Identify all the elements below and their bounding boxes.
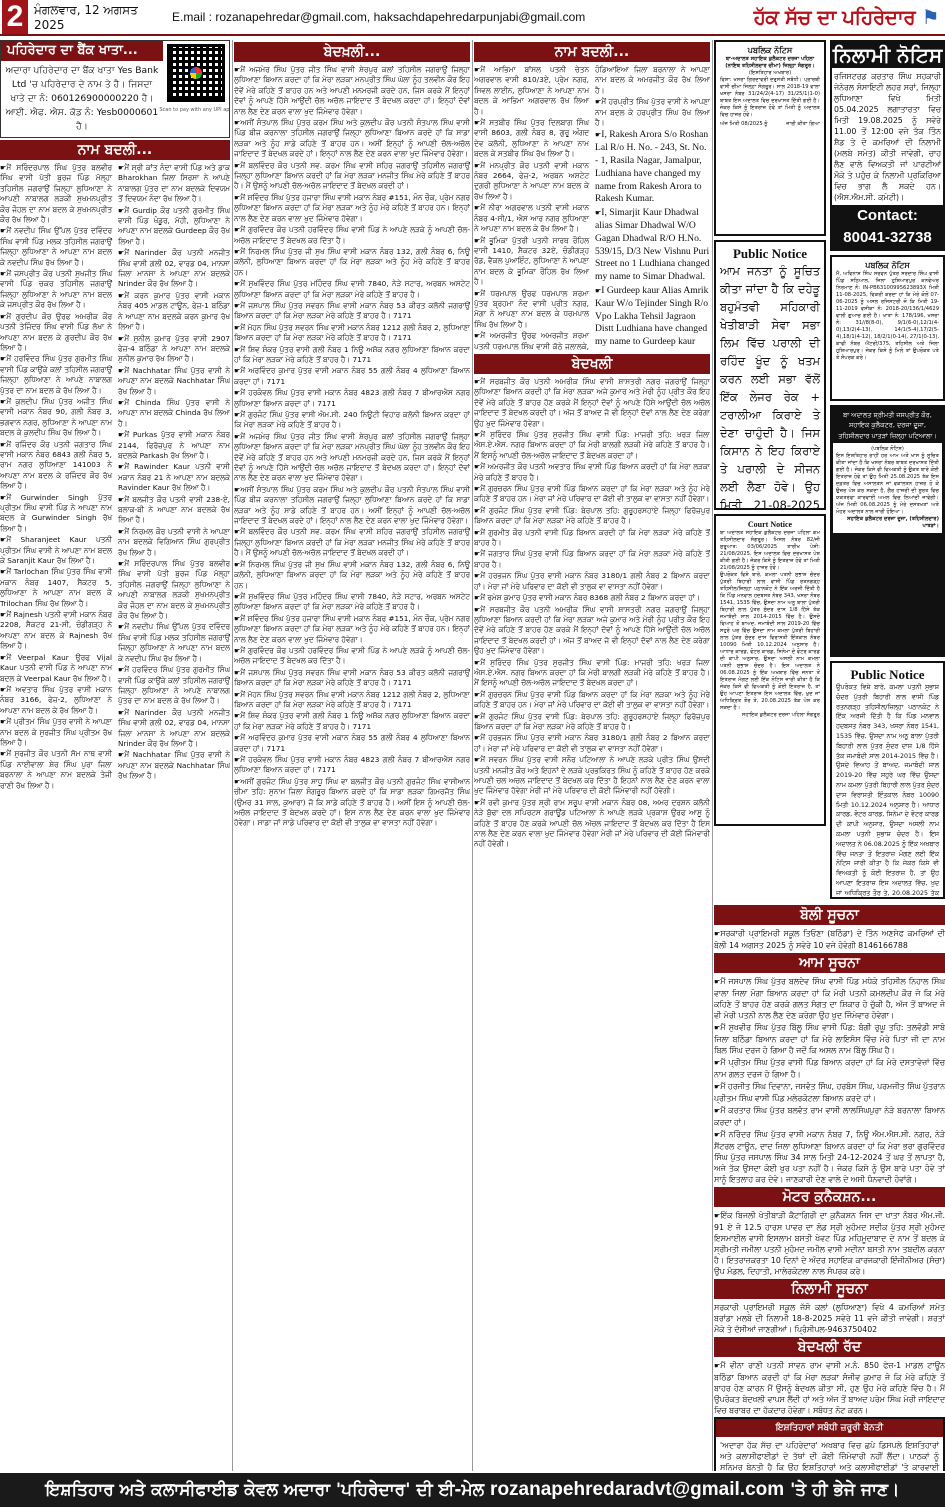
public-notice-box-2: ਪਬਲਿਕ ਨੋਟਿਸ ਮੈਂ, ਅਵਿਨਾਸ਼ ਸਿੰਘ ਸਰਵਨ ਪੁੱਤਰ… <box>830 255 945 401</box>
list-item: ਮੈਂ Narinder ਕੌਰ ਪਤਨੀ ਮਨਜੀਤ ਸਿੰਘ ਵਾਸੀ ਗਲ… <box>118 248 230 290</box>
notice-body: ਉਪਰੋਕਤ ਵਿਸ਼ੇ ਬਾਰੇ, ਕਮਲਾ ਪਤਨੀ ਸੁਭਾਸ਼ ਚੰਦਰ… <box>836 683 939 899</box>
list-item: ਮੈਂ ਹਰਭਜਨ ਸਿੰਘ ਪੁੱਤਰ ਵਾਸੀ ਮਕਾਨ ਨੰਬਰ 3180… <box>474 571 710 592</box>
notice-body-cont: ਉਪਰੋਕਤ ਵਿਸ਼ੇ ਬਾਰੇ, ਕਮਲਾ ਪਤਨੀ ਸੁਭਾਸ਼ ਚੰਦਰ… <box>720 572 820 712</box>
section-header-auction-info: ਬੋਲੀ ਸੂਚਨਾ <box>714 905 945 925</box>
notice-title: Court Notice <box>720 520 820 530</box>
list-item: ਮੈਂ ਜਸਪਾਲ ਸਿੰਘ ਪੁੱਤਰ ਸਵਰਨ ਸਿੰਘ ਵਾਸੀ ਮਕਾਨ… <box>234 668 470 689</box>
list-item: ਮੈਂ ਨਵਦੀਪ ਸਿੰਘ ਉੱਪਲ ਪੁੱਤਰ ਦਵਿੰਦਰ ਸਿੰਘ ਵਾ… <box>118 622 230 664</box>
list-item: ਮੈਂ ਹਰਜੀਤ ਸਿੰਘ ਦਿਵਾਨਾ, ਜਸਵੰਤ ਸਿੰਘ, ਹਰਬੰਸ… <box>714 1081 945 1104</box>
list-item: ਮੈਂ ਜਗਤਾਰ ਸਿੰਘ ਪੁੱਤਰ ਵਾਸੀ ਪਿੰਡ ਬਿਆਨ ਕਰਦਾ… <box>474 549 710 570</box>
list-item: ਮੈਂ ਅਰਵਿੰਦਰ ਕੁਮਾਰ ਪੁੱਤਰ ਵਾਸੀ ਮਕਾਨ ਨੰਬਰ 5… <box>234 733 470 754</box>
list-item: ਮੈਂ ਹਰਭਜਨ ਸਿੰਘ ਪੁੱਤਰ ਵਾਸੀ ਮਕਾਨ ਨੰਬਰ 3180… <box>474 733 710 754</box>
section-header-auction-notice: ਨਿਲਾਮੀ ਸੂਚਨਾ <box>714 1279 945 1299</box>
newspaper-logo: ਹੱਕ ਸੱਚ ਦਾ ਪਹਿਰੇਦਾਰ ⚑ <box>754 5 939 29</box>
list-item: ਮੈਂ Gurdip ਕੌਰ ਪਤਨੀ ਗੁਰਮੀਤ ਸਿੰਘ ਵਾਸੀ ਪਿੰ… <box>118 206 230 248</box>
public-notice-box: Public Notice ਆਮ ਜਨਤਾ ਨੂੰ ਸੂਚਿਤ ਕੀਤਾ ਜਾਂ… <box>714 240 826 510</box>
auction-notice-box: ਨਿਲਾਮੀ ਨੋਟਿਸ ਰਜਿਸਟਰਡ ਕਰਤਾਰ ਸਿੰਘ ਸਹਕਾਰੀ ਜ… <box>830 40 945 251</box>
qr-caption: Scan to pay with any UPI app <box>159 105 230 115</box>
public-notice-box-3: Public Notice ਉਪਰੋਕਤ ਵਿਸ਼ੇ ਬਾਰੇ, ਕਮਲਾ ਪਤ… <box>830 661 945 899</box>
section-header-motor-connection: ਮੋਟਰ ਕੁਨੈਕਸ਼ਨ... <box>714 1187 945 1207</box>
list-item: ਮੈਂ ਨਵਦੀਪ ਸਿੰਘ ਉੱਪਲ ਪੁੱਤਰ ਦਵਿੰਦਰ ਸਿੰਘ ਵਾ… <box>0 226 112 268</box>
section-header-eviction-cancelled: ਬੇਦਖਲੀ ਰੱਦ <box>714 1337 945 1357</box>
notice-footer-right: ਜਾਰੀ ਕੀਤਾ ਗਿਆ <box>786 121 820 128</box>
list-item: ਮੈਂ ਹਰਵਿੰਦਰ ਸਿੰਘ ਪੁੱਤਰ ਗੁਰਮੀਤ ਸਿੰਘ ਵਾਸੀ … <box>118 665 230 707</box>
list-item: ਮੈਂ Nachhatar ਸਿੰਘ ਪੁੱਤਰ ਵਾਸੀ ਨੇ ਆਪਣਾ ਨਾ… <box>118 750 230 781</box>
auction-contact-phone[interactable]: Contact: 80041-32738 <box>832 205 943 249</box>
list-item: ਮੈਂ ਗੁਰਚਰਨ ਸਿੰਘ ਪੁੱਤਰ ਵਾਸੀ ਪਿੰਡ ਬਿਆਨ ਕਰਦ… <box>474 690 710 711</box>
list-item: ਮੈਂ ਹਰਪ੍ਰੀਤ ਸਿੰਘ ਪੁੱਤਰ ਵਾਸੀ ਨੇ ਆਪਣਾ ਨਾਮ … <box>595 97 710 128</box>
section-header-eviction-2: ਬੇਦਖਲੀ <box>474 354 710 374</box>
court-name: ਬਾ-ਅਦਾਲਤ ਸਹਾਇਕ ਕੁਲੈਕਟਰ ਦਰਜਾ ਪਹਿਲਾ (ਨਾਇਬ … <box>720 56 820 70</box>
section-header-eviction: ਬੇਦਖ਼ਲੀ... <box>234 42 470 62</box>
list-item: ਮੈਂ ਮਨਪ੍ਰੀਤ ਕੌਰ ਪਤਨੀ ਵਾਸੀ ਮਕਾਨ ਨੰਬਰ 2664… <box>474 161 589 203</box>
list-item: ਮੈਂ ਨਿਰਮਲ ਕੌਰ ਪਤਨੀ ਵਾਸੀ ਨੇ ਆਪਣਾ ਨਾਮ ਬਦਲਕ… <box>118 527 230 558</box>
footer-banner: ਇਸ਼ਤਿਹਾਰ ਅਤੇ ਕਲਾਸੀਫਾਈਡ ਕੇਵਲ ਅਦਾਰਾ 'ਪਹਿਰੇ… <box>0 1473 945 1507</box>
flag-icon: ⚑ <box>922 5 939 29</box>
list-item: ਮੈਂ ਸੁਰਜੀਤ ਕੌਰ ਪਤਨੀ ਸੋਮ ਨਾਥ ਵਾਸੀ ਪਿੰਡ ਨਾ… <box>0 749 112 791</box>
upi-qr-code-icon[interactable] <box>167 44 225 102</box>
list-item: ਮੈਂ ਬਲਵਿੰਦਰ ਕੌਰ ਪਤਨੀ ਸਵ. ਕਰਮ ਸਿੰਘ ਵਾਸੀ ਸ… <box>234 161 470 192</box>
notice-title: Public Notice <box>720 246 820 262</box>
notice-body: ਬਾ ਅਦਾਲਤ ਸਹਾਇਕ ਕੁਲੈਕਟਰ ਦਰਜਾ ਪਹਿਲਾ ਕਮ ਤਹਿ… <box>720 530 820 572</box>
list-item: ਮੈਂ ਸ਼੍ਰੀ ਕਾਂਤ ਨੰਦਾ ਵਾਸੀ ਪਿੰਡ ਅਤੇ ਡਾਕ Bh… <box>118 163 230 205</box>
list-item: ਮੈਂ ਗੁਰਵਿੰਦਰ ਕੌਰ ਪਤਨੀ ਹਰਵਿੰਦਰ ਸਿੰਘ ਵਾਸੀ … <box>234 646 470 667</box>
eviction-list-2: ਮੈਂ ਸਰਬਜੀਤ ਕੌਰ ਪਤਨੀ ਅਮਰੀਕ ਸਿੰਘ ਵਾਸੀ ਸ਼ਾਸ… <box>474 377 710 850</box>
list-item: ਮੈਂ Gurwinder Singh ਪੁੱਤਰ ਪ੍ਰੀਤਮ ਸਿੰਘ ਵਾ… <box>0 493 112 535</box>
section-header-general-notice: ਆਮ ਸੂਚਨਾ <box>714 953 945 973</box>
court-notice-box: ਪਬਲਿਕ ਨੋਟਿਸ ਬਾ-ਅਦਾਲਤ ਸਹਾਇਕ ਕੁਲੈਕਟਰ ਦਰਜਾ … <box>714 40 826 236</box>
notice-title: ਪਬਲਿਕ ਨੋਟਿਸ <box>836 261 939 271</box>
list-item: ਮੈਂ Tarlochan ਸਿੰਘ ਪੁੱਤਰ ਸਿੰਘ ਵਾਸੀ ਮਕਾਨ … <box>0 567 112 609</box>
list-item: ਮੈਂ ਸੁਰਿੰਦਰ ਸਿੰਘ ਪੁੱਤਰ ਸੁਰਜੀਤ ਸਿੰਘ ਵਾਸੀ … <box>474 430 710 461</box>
column-divider <box>232 40 233 1471</box>
brand-name: ਹੱਕ ਸੱਚ ਦਾ ਪਹਿਰੇਦਾਰ <box>754 5 915 29</box>
notice-body: ਵਿਸ਼ਾ: ਖਸਰਾ ਗਿਰਦਾਵਰੀ ਦਰੁਸਤੀ ਸਬੰਧੀ। ਪ੍ਰਾਰ… <box>720 77 820 119</box>
notice-body: ਆਮ ਜਨਤਾ ਨੂੰ ਸੂਚਿਤ ਕੀਤਾ ਜਾਂਦਾ ਹੈ ਕਿ ਦਹੇੜੂ… <box>720 262 820 510</box>
contact-emails: E.mail : rozanapehredar@gmail.com, haksa… <box>172 10 754 24</box>
issue-date: ਮੰਗਲਵਾਰ, 12 ਅਗਸਤ 2025 <box>34 3 154 32</box>
column-divider <box>472 40 473 1471</box>
list-item: ਮੈਂ ਰਵੀ ਕੁਮਾਰ ਪੁੱਤਰ ਸ਼੍ਰੀ ਰਾਮ ਸਰੂਪ ਵਾਸੀ … <box>474 798 710 850</box>
notice-title: Public Notice <box>836 667 939 683</box>
notice-signature: ਸਹਾਇਕ ਕੁਲੈਕਟਰ ਦਰਜਾ ਦੂਜਾ, (ਤਹਿਸੀਲਦਾਰ) ਪਾਤ… <box>836 516 939 530</box>
section-header-name-change-2: ਨਾਮ ਬਦਲੀ... <box>474 42 710 62</box>
list-item: ਮੈਂ ਰਜਿੰਦਰ ਕੌਰ ਪਤਨੀ ਜਗਤਾਰ ਸਿੰਘ ਵਾਸੀ ਮਕਾਨ… <box>0 440 112 492</box>
list-item: ਮੈਂ Chinda ਸਿੰਘ ਪੁੱਤਰ ਵਾਸੀ ਨੇ ਆਪਣਾ ਨਾਮ ਬ… <box>118 398 230 429</box>
bank-details: ਅਦਾਰਾ ਪਹਿਰੇਦਾਰ ਦਾ ਬੈਂਕ ਖਾਤਾ Yes Bank Ltd… <box>1 61 163 137</box>
list-item: ਮੈਂ ਗੁਰਮੀਤ ਕੌਰ ਪਤਨੀ ਵਾਸੀ ਪਿੰਡ ਬਿਆਨ ਕਰਦੀ … <box>474 528 710 549</box>
court-notice-dark-box: ਬਾ ਅਦਾਲਤ ਸ਼੍ਰੀਮਤੀ ਜਸਪ੍ਰੀਤ ਕੌਰ, ਸਹਾਇਕ ਕੁਲ… <box>830 405 945 657</box>
auction-title: ਨਿਲਾਮੀ ਨੋਟਿਸ <box>832 42 943 69</box>
list-item: ਮੈਂ ਗੁਰਵਿੰਦਰ ਕੌਰ ਪਤਨੀ ਹਰਵਿੰਦਰ ਸਿੰਘ ਵਾਸੀ … <box>234 225 470 246</box>
disclaimer-box: ਇਸ਼ਤਿਹਾਰਾਂ ਸਬੰਧੀ ਜ਼ਰੂਰੀ ਬੇਨਤੀ 'ਅਦਾਰਾ ਹੱਕ… <box>714 1417 945 1471</box>
list-item: ਮੈਂ ਧਰਮਪਾਲ ਉਰਫ ਧਰਮਪਾਲ ਸ਼ਰਮਾ ਪੁੱਤਰ ਬ੍ਰਹਮਾ… <box>474 289 589 331</box>
footer-email-link[interactable]: rozanapehredaradvt@gmail.com <box>490 1479 784 1500</box>
list-item: ਮੈਂ ਨਿਰਮਲ ਸਿੰਘ ਪੁੱਤਰ ਜੀ ਸੁਖ ਸਿੰਘ ਵਾਸੀ ਮਕ… <box>234 560 470 591</box>
list-item: ਮੈਂ ਨਿਰਮਲ ਸਿੰਘ ਪੁੱਤਰ ਜੀ ਸੁਖ ਸਿੰਘ ਵਾਸੀ ਮਕ… <box>234 247 470 278</box>
list-item: ਮੈਂ ਕੁਲਦੀਪ ਸਿੰਘ ਪੁੱਤਰ ਅਜੀਤ ਸਿੰਘ ਵਾਸੀ ਮਕਾ… <box>0 397 112 439</box>
list-item: ਮੈਂ ਜਸਪਾਲ ਸਿੰਘ ਪੁੱਤਰ ਸਵਰਨ ਸਿੰਘ ਵਾਸੀ ਮਕਾਨ… <box>234 301 470 322</box>
list-item: ਮੈਂ ਹਰਵਿੰਦਰ ਸਿੰਘ ਪੁੱਤਰ ਗੁਰਮੀਤ ਸਿੰਘ ਵਾਸੀ … <box>0 354 112 396</box>
list-item: ਮੈਂ ਗੁਰਚਰਨ ਸਿੰਘ ਪੁੱਤਰ ਵਾਸੀ ਪਿੰਡ ਬਿਆਨ ਕਰਦ… <box>474 484 710 505</box>
list-item-english: I, Simarjit Kaur Dhadwal alias Simar Dha… <box>595 207 710 284</box>
court-notice-box-2: Court Notice ਬਾ ਅਦਾਲਤ ਸਹਾਇਕ ਕੁਲੈਕਟਰ ਦਰਜਾ… <box>714 514 826 826</box>
list-item: ਇੱਕ ਬਿਜਲੀ ਖੇਤੀਬਾੜੀ ਕੈਟਾਗਿਰੀ ਦਾ ਕੁਨੈਕਸ਼ਨ … <box>714 1210 945 1277</box>
column-4: ਪਬਲਿਕ ਨੋਟਿਸ ਬਾ-ਅਦਾਲਤ ਸਹਾਇਕ ਕੁਲੈਕਟਰ ਦਰਜਾ … <box>714 40 945 1471</box>
list-item: ਮੈਂ ਅਮਰਜੀਤ ਕੌਰ ਪਤਨੀ ਅਵਤਾਰ ਸਿੰਘ ਵਾਸੀ ਪਿੰਡ… <box>474 462 710 483</box>
list-item: ਮੈਂ ਗੁਰਦੀਪ ਕੌਰ ਉਰਫ ਅਮਰੀਕ ਕੌਰ ਪਤਨੀ ਤੇਜਿੰਦ… <box>0 312 112 354</box>
general-notice-list: ਮੈਂ ਜਸਪਾਲ ਸਿੰਘ ਪੁੱਤਰ ਬਲਦੇਵ ਸਿੰਘ ਵਾਸੀ ਪਿੰ… <box>714 976 945 1185</box>
notice-signature: ਸਹਾਇਕ ਕੁਲੈਕਟਰ ਦਰਜਾ ਪਹਿਲਾ ਸੰਗਰੂਰ <box>720 712 820 719</box>
list-item: ਮੈਂ ਬਲਵਿੰਦਰ ਕੌਰ ਪਤਨੀ ਸਵ. ਕਰਮ ਸਿੰਘ ਵਾਸੀ ਸ… <box>234 527 470 558</box>
column-divider <box>712 40 713 1471</box>
list-item: ਮੈਂ Veerpal Kaur ਉਰਫ Vijal Kaur ਪਤਨੀ ਵਾਸ… <box>0 653 112 684</box>
list-item: ਮੈਂ Sharanjeet Kaur ਪਤਨੀ ਪ੍ਰੀਤਮ ਸਿੰਘ ਵਾਸ… <box>0 535 112 566</box>
list-item: ਮੈਂ Nachhatar ਸਿੰਘ ਪੁੱਤਰ ਵਾਸੀ ਨੇ ਆਪਣਾ ਨਾ… <box>118 366 230 397</box>
list-item: ਮੈਂ ਸ਼ਿਵ ਸ਼ੰਕਰ ਪੁੱਤਰ ਵਾਸੀ ਗਲੀ ਨੰਬਰ 1 ਨਿਊ… <box>234 345 470 366</box>
page-number: 2 <box>2 0 28 34</box>
name-change-list-2: ਮੈਂ ਆਭਿਮਾ ਬਾਂਸਲ ਪਤਨੀ ਚੇਤਨ ਅਗਰਵਾਲ ਵਾਸੀ 81… <box>474 65 710 352</box>
list-item: ਮੈਂ ਮੋਹਨ ਸਿੰਘ ਪੁੱਤਰ ਸਵਰਨ ਸਿੰਘ ਵਾਸੀ ਮਕਾਨ … <box>234 690 470 711</box>
list-item: ਮੈਂ ਨਰਿੰਦਰ ਸਿੰਘ ਪੁੱਤਰ ਵਾਸੀ ਮਕਾਨ ਨੰਬਰ 7, … <box>714 1129 945 1185</box>
list-item: ਮੈਂ ਹਰਕੰਵਲ ਸਿੰਘ ਪੁੱਤਰ ਵਾਸੀ ਮਕਾਨ ਨੰਬਰ 482… <box>234 755 470 776</box>
notice-title: ਪਬਲਿਕ ਨੋਟਿਸ <box>720 46 820 56</box>
list-item: ਮੈਂ ਸੁਖਵੀਰ ਸਿੰਘ ਪੁੱਤਰ ਬਿੱਲੂ ਸਿੰਘ ਵਾਸੀ ਪਿ… <box>714 1022 945 1056</box>
list-item: ਮੈਂ ਅਜਮੇਰ ਸਿੰਘ ਪੁੱਤਰ ਜੀਤ ਸਿੰਘ ਵਾਸੀ ਸ਼ੇਰਪ… <box>234 432 470 484</box>
section-header-name-change: ਨਾਮ ਬਦਲੀ... <box>0 140 230 160</box>
name-change-list: ਮੈਂ ਸਰਿੰਦਰਪਾਲ ਸਿੰਘ ਪੁੱਤਰ ਬਲਵੀਰ ਸਿੰਘ ਵਾਸੀ… <box>0 163 230 791</box>
eviction-list: ਮੈਂ ਅਜਮੇਰ ਸਿੰਘ ਪੁੱਤਰ ਜੀਤ ਸਿੰਘ ਵਾਸੀ ਸ਼ੇਰਪ… <box>234 65 470 829</box>
list-item: ਮੈਂ ਅਜਮੇਰ ਸਿੰਘ ਪੁੱਤਰ ਜੀਤ ਸਿੰਘ ਵਾਸੀ ਸ਼ੇਰਪ… <box>234 65 470 117</box>
list-item: ਮੈਂ ਹਰਕੰਵਲ ਸਿੰਘ ਪੁੱਤਰ ਵਾਸੀ ਮਕਾਨ ਨੰਬਰ 482… <box>234 388 470 409</box>
list-item: ਅਸੀਂ ਸੰਤਪਾਲ ਸਿੰਘ ਪੁੱਤਰ ਕਰਮ ਸਿੰਘ ਅਤੇ ਕੁਲਦ… <box>234 118 470 160</box>
auction-body: ਰਜਿਸਟਰਡ ਕਰਤਾਰ ਸਿੰਘ ਸਹਕਾਰੀ ਜੇਨੇਰਲ ਸੋਸਾਇਟੀ… <box>832 69 943 205</box>
list-item: ਮੈਂ Narinder ਕੌਰ ਪਤਨੀ ਮਨਜੀਤ ਸਿੰਘ ਵਾਸੀ ਗਲ… <box>118 708 230 750</box>
list-item: ਮੈਂ ਪ੍ਰੀਤਮ ਸਿੰਘ ਪੁੱਤਰ ਵਾਸੀ ਨੇ ਆਪਣਾ ਨਾਮ ਬ… <box>0 717 112 748</box>
notice-footer-left: ਅੱਜ ਮਿਤੀ 08/2025 ਨੂੰ <box>720 121 768 128</box>
list-item: ਮੈਂ ਸੁਖਵਿੰਦਰ ਸਿੰਘ ਪੁੱਤਰ ਮਹਿੰਦਰ ਸਿੰਘ ਵਾਸੀ… <box>234 279 470 300</box>
list-item: ਮੈਂ Rawinder Kaur ਪਤਨੀ ਵਾਸੀ ਮਕਾਨ ਨੰਬਰ 21… <box>118 462 230 493</box>
list-item: ਮੈਂ ਅਰਵਿੰਦਰ ਕੁਮਾਰ ਪੁੱਤਰ ਵਾਸੀ ਮਕਾਨ ਨੰਬਰ 5… <box>234 366 470 387</box>
footer-text-before: ਇਸ਼ਤਿਹਾਰ ਅਤੇ ਕਲਾਸੀਫਾਈਡ ਕੇਵਲ ਅਦਾਰਾ 'ਪਹਿਰੇ… <box>46 1480 491 1500</box>
disclaimer-header: ਇਸ਼ਤਿਹਾਰਾਂ ਸਬੰਧੀ ਜ਼ਰੂਰੀ ਬੇਨਤੀ <box>716 1419 943 1437</box>
list-item: ਮੈਂ ਅਵਤਾਰ ਸਿੰਘ ਪੁੱਤਰ ਵਾਸੀ ਮਕਾਨ ਨੰਬਰ 3166… <box>0 685 112 716</box>
column-1: ਪਹਿਰੇਦਾਰ ਦਾ ਬੈਂਕ ਖਾਤਾ... ਅਦਾਰਾ ਪਹਿਰੇਦਾਰ … <box>0 40 230 1471</box>
list-item: ਮੈਂ ਨੀਰਾ ਅਗਰਵਾਲ ਪਤਨੀ ਵਾਸੀ ਮਕਾਨ ਨੰਬਰ 4-ਸੀ… <box>474 203 589 234</box>
bank-account-box: ਪਹਿਰੇਦਾਰ ਦਾ ਬੈਂਕ ਖਾਤਾ... ਅਦਾਰਾ ਪਹਿਰੇਦਾਰ … <box>0 40 230 138</box>
list-item: ਅਸੀਂ ਸੰਤਪਾਲ ਸਿੰਘ ਪੁੱਤਰ ਕਰਮ ਸਿੰਘ ਅਤੇ ਕੁਲਦ… <box>234 485 470 527</box>
list-item: ਮੈਂ ਜਸਪਾਲ ਸਿੰਘ ਪੁੱਤਰ ਬਲਦੇਵ ਸਿੰਘ ਵਾਸੀ ਪਿੰ… <box>714 976 945 1021</box>
auction-notice-text: ਸਰਕਾਰੀ ਪ੍ਰਾਇਮਰੀ ਸਕੂਲ ਜੱਸੋ ਕਲਾਂ (ਲੁਧਿਆਣਾ)… <box>714 1302 945 1335</box>
column-3: ਨਾਮ ਬਦਲੀ... ਮੈਂ ਆਭਿਮਾ ਬਾਂਸਲ ਪਤਨੀ ਚੇਤਨ ਅਗ… <box>474 40 710 1471</box>
list-item: ਮੈਂ ਸ਼ਿਵ ਸ਼ੰਕਰ ਪੁੱਤਰ ਵਾਸੀ ਗਲੀ ਨੰਬਰ 1 ਨਿਊ… <box>234 711 470 732</box>
list-item: ਮੈਂ ਸਰਿੰਦਰਪਾਲ ਸਿੰਘ ਪੁੱਤਰ ਬਲਵੀਰ ਸਿੰਘ ਵਾਸੀ… <box>118 559 230 621</box>
list-item: ਮੈਂ ਸਤਬੀਰ ਸਿੰਘ ਪੁੱਤਰ ਦਿਲਬਾਗ ਸਿੰਘ ਵਾਸੀ 86… <box>474 118 589 160</box>
list-item: ਮੈਂ ਸੁਨੀਲ ਕੁਮਾਰ ਪੁੱਤਰ ਵਾਸੀ 2907 ਫੇਜ਼-4 ਬ… <box>118 334 230 365</box>
list-item: ਮੈਂ ਸੁਰਿੰਦਰ ਸਿੰਘ ਪੁੱਤਰ ਸੁਰਜੀਤ ਸਿੰਘ ਵਾਸੀ … <box>474 658 710 689</box>
list-item: ਮੈਂ ਮੋਹਨ ਸਿੰਘ ਪੁੱਤਰ ਸਵਰਨ ਸਿੰਘ ਵਾਸੀ ਮਕਾਨ … <box>234 323 470 344</box>
list-item: ਮੈਂ ਸਰਬਜੀਤ ਕੌਰ ਪਤਨੀ ਅਮਰੀਕ ਸਿੰਘ ਵਾਸੀ ਸ਼ਾਸ… <box>474 377 710 429</box>
list-item: ਮੈਂ ਭੂਮਿਕਾ ਪੁੱਤਰੀ ਪਤਨੀ ਸਾਰਥ ਰੌਹਿਲ ਵਾਸੀ 1… <box>474 236 589 288</box>
footer-text-after: 'ਤੇ ਹੀ ਭੇਜੇ ਜਾਣ। <box>790 1480 899 1500</box>
list-item: ਮੈਂ ਰਮੇਸ਼ ਕੁਮਾਰ ਪੁੱਤਰ ਵਾਸੀ ਮਕਾਨ ਨੰਬਰ 836… <box>474 593 710 603</box>
list-item: ਮੈਂ Rajnesh ਪਤਨੀ ਵਾਸੀ ਮਕਾਨ ਨੰਬਰ 2208, ਸੈ… <box>0 610 112 652</box>
list-item: ਮੈਂ ਪ੍ਰੀਤਮ ਸਿੰਘ ਪੁੱਤਰ ਵਾਸੀ ਪਿੰਡ ਬਿਆਨ ਕਰਦ… <box>714 1057 945 1080</box>
list-item: ਅਸੀਂ ਗੁਰਜੰਟ ਸਿੰਘ ਪੁੱਤਰ ਸਾਧੂ ਸਿੰਘ ਵਾ ਬਲਜੀ… <box>234 777 470 829</box>
list-item: ਮੈਂ ਕਰਨ ਕੁਮਾਰ ਪੁੱਤਰ ਵਾਸੀ ਮਕਾਨ ਨੰਬਰ 405 ਮ… <box>118 291 230 333</box>
column-2: ਬੇਦਖ਼ਲੀ... ਮੈਂ ਅਜਮੇਰ ਸਿੰਘ ਪੁੱਤਰ ਜੀਤ ਸਿੰਘ… <box>234 40 470 1471</box>
bank-title: ਪਹਿਰੇਦਾਰ ਦਾ ਬੈਂਕ ਖਾਤਾ... <box>1 41 163 61</box>
list-item: ਮੈਂ ਸ਼ਵਿੰਦਰ ਸਿੰਘ ਪੁੱਤਰ ਹਜਾਰਾ ਸਿੰਘ ਵਾਸੀ ਮ… <box>234 614 470 645</box>
list-item: ਮੈਂ ਗੁਰਜੰਟ ਸਿੰਘ ਪੁੱਤਰ ਵਾਸੀ ਪਿੰਡ: ਬੇਰਪਾਲ … <box>474 506 710 527</box>
list-item: ਮੈਂ ਸਵਰਨ ਸਿੰਘ ਪੁੱਤਰ ਵਾਸੀ ਸਨੌਰ ਪਟਿਆਲਾ ਨੇ … <box>474 755 710 797</box>
list-item: ਮੈਂ ਸਰਿੰਦਰਪਾਲ ਸਿੰਘ ਪੁੱਤਰ ਬਲਵੀਰ ਸਿੰਘ ਵਾਸੀ… <box>0 163 112 225</box>
list-item: ਮੈਂ ਸੁਖਵਿੰਦਰ ਸਿੰਘ ਪੁੱਤਰ ਮਹਿੰਦਰ ਸਿੰਘ ਵਾਸੀ… <box>234 592 470 613</box>
list-item-english: I, Rakesh Arora S/o Roshan Lal R/o H. No… <box>595 129 710 206</box>
list-item: ਮੈਂ ਗੁਰਜੰਟ ਸਿੰਘ ਪੁੱਤਰ ਵਾਸੀ ਐਮ.ਸੀ. 240 ਨਿ… <box>234 410 470 431</box>
disclaimer-text: 'ਅਦਾਰਾ ਹੱਕ ਸੱਚ ਦਾ ਪਹਿਰੇਦਾਰ' ਅਖਬਾਰ ਵਿਚ ਛਪ… <box>720 1441 939 1471</box>
notice-body: ਇਸ ਇਸ਼ਤਿਹਾਰ ਰਾਹੀਂ ਹਰ ਆਮ ਅਤੇ ਖਾਸ ਨੂੰ ਸੂਚਿ… <box>836 453 939 516</box>
list-item: ਮੈਂ ਆਭਿਮਾ ਬਾਂਸਲ ਪਤਨੀ ਚੇਤਨ ਅਗਰਵਾਲ ਵਾਸੀ 81… <box>474 65 589 117</box>
list-item: ਮੈਂ ਵੀਨਾ ਰਾਣੀ ਪਤਨੀ ਸਾਵਨ ਰਾਮ ਵਾਸੀ ਮ.ਨੰ. 8… <box>714 1360 945 1416</box>
list-item: ਮੈਂ ਕਰਤਾਰ ਸਿੰਘ ਪੁੱਤਰ ਬਲਵੰਤ ਰਾਮ ਵਾਸੀ ਲਾਲਸ… <box>714 1105 945 1128</box>
list-item: ਮੈਂ ਜਸਪ੍ਰੀਤ ਕੌਰ ਪਤਨੀ ਸੁਖਜੀਤ ਸਿੰਘ ਵਾਸੀ ਪਿ… <box>0 269 112 311</box>
list-item-english: I Gurdeep kaur Alias Amrik Kaur W/o Teji… <box>595 285 710 349</box>
qr-panel: Scan to pay with any UPI app <box>163 41 229 137</box>
notice-body: ਮੈਂ, ਅਵਿਨਾਸ਼ ਸਿੰਘ ਸਰਵਨ ਪੁੱਤਰ ਸਰਦਾਰ ਸਿੰਘ … <box>836 271 939 362</box>
list-item: ਮੈਂ ਸ਼ਵਿੰਦਰ ਸਿੰਘ ਪੁੱਤਰ ਹਜਾਰਾ ਸਿੰਘ ਵਾਸੀ ਮ… <box>234 193 470 224</box>
list-item: ਮੈਂ ਗੁਰਜੰਟ ਸਿੰਘ ਪੁੱਤਰ ਵਾਸੀ ਪਿੰਡ: ਬੇਰਪਾਲ … <box>474 712 710 733</box>
court-caption: ਬਾ ਅਦਾਲਤ ਸ਼੍ਰੀਮਤੀ ਜਸਪ੍ਰੀਤ ਕੌਰ, ਸਹਾਇਕ ਕੁਲ… <box>833 408 942 443</box>
list-item: ਮੈਂ Purkas ਪੁੱਤਰ ਵਾਸੀ ਮਕਾਨ ਨੰਬਰ 2144, ਫਿ… <box>118 430 230 461</box>
masthead: 2 ਮੰਗਲਵਾਰ, 12 ਅਗਸਤ 2025 E.mail : rozanap… <box>0 0 945 36</box>
list-item: ਮੈਂ ਬਲਜੀਤ ਕੌਰ ਪਤਨੀ ਵਾਸੀ 238-ਏ, ਬਲਾਕ-ਬੀ ਨ… <box>118 495 230 526</box>
list-item: ਸਰਕਾਰੀ ਪ੍ਰਾਇਮਰੀ ਸਕੂਲ ਤਿਓਣਾ (ਬਠਿੰਡਾ) ਦੇ ਤ… <box>714 928 945 951</box>
list-item: ਮੈਂ ਸਰਬਜੀਤ ਕੌਰ ਪਤਨੀ ਅਮਰੀਕ ਸਿੰਘ ਵਾਸੀ ਸ਼ਾਸ… <box>474 605 710 657</box>
